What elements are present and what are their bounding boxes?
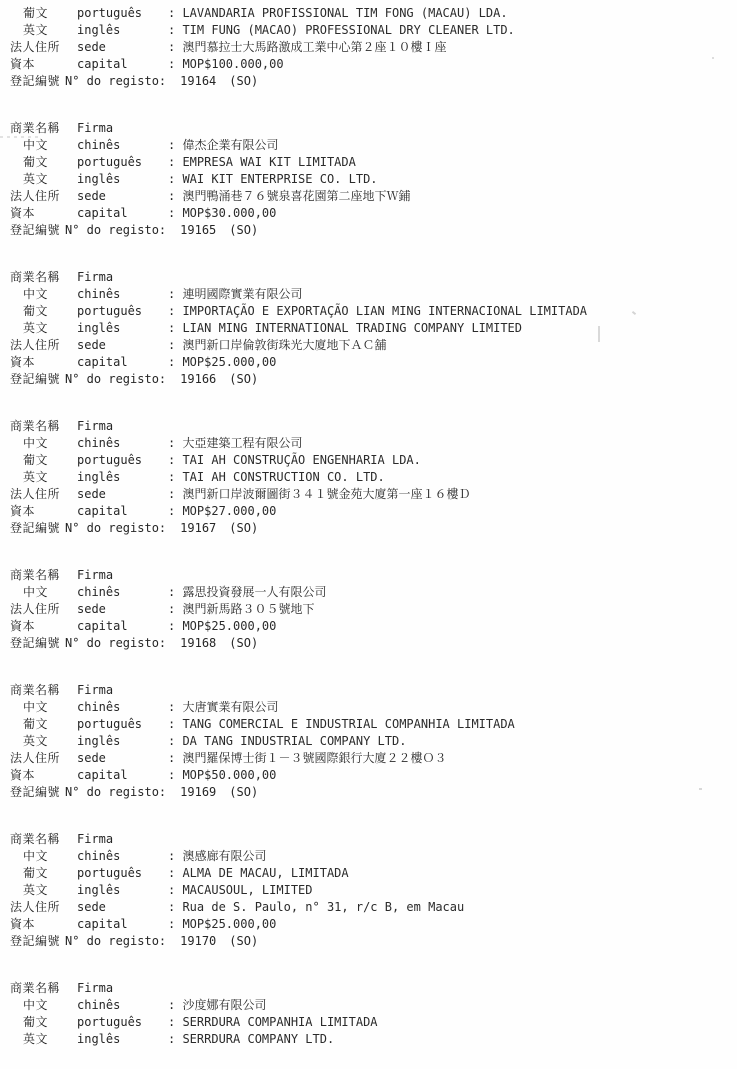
chinese-label-zh: 中文 bbox=[10, 848, 77, 865]
seat-label-zh: 法人住所 bbox=[10, 337, 77, 354]
registry-number: 19166 bbox=[180, 371, 216, 388]
colon-separator: : bbox=[168, 750, 182, 767]
seat-value: 澳門新口岸倫敦街珠光大廈地下ＡＣ舖 bbox=[182, 337, 386, 354]
row-registry-number: 登記編號N° do registo:19165(SO) bbox=[10, 222, 737, 239]
row-registry-number: 登記編號N° do registo:19164(SO) bbox=[10, 73, 737, 90]
chinese-label-pt: chinês bbox=[77, 435, 168, 452]
colon-separator: : bbox=[168, 188, 182, 205]
firm-label-zh: 商業名稱 bbox=[10, 269, 77, 286]
row-seat: 法人住所sede: 澳門新口岸波爾圖街３４１號金苑大廈第一座１６樓Ｄ bbox=[10, 486, 737, 503]
colon-separator: : bbox=[168, 286, 182, 303]
english-value: DA TANG INDUSTRIAL COMPANY LTD. bbox=[182, 733, 406, 750]
capital-value: MOP$27.000,00 bbox=[182, 503, 276, 520]
colon-separator: : bbox=[168, 39, 182, 56]
registry-qualifier: (SO) bbox=[229, 933, 258, 950]
colon-separator: : bbox=[168, 997, 182, 1014]
capital-label-zh: 資本 bbox=[10, 618, 77, 635]
portuguese-value: LAVANDARIA PROFISSIONAL TIM FONG (MACAU)… bbox=[182, 5, 507, 22]
english-label-zh: 英文 bbox=[10, 320, 77, 337]
chinese-label-zh: 中文 bbox=[10, 435, 77, 452]
seat-label-pt: sede bbox=[77, 486, 168, 503]
row-portuguese: 葡文português: LAVANDARIA PROFISSIONAL TIM… bbox=[10, 5, 737, 22]
row-firm-name: 商業名稱Firma bbox=[10, 120, 737, 137]
colon-separator: : bbox=[168, 320, 182, 337]
row-portuguese: 葡文português: ALMA DE MACAU, LIMITADA bbox=[10, 865, 737, 882]
colon-separator: : bbox=[168, 601, 182, 618]
colon-separator: : bbox=[168, 22, 182, 39]
row-seat: 法人住所sede: 澳門新口岸倫敦街珠光大廈地下ＡＣ舖 bbox=[10, 337, 737, 354]
registry-label-pt: N° do registo: bbox=[65, 933, 166, 950]
seat-label-zh: 法人住所 bbox=[10, 486, 77, 503]
registry-entry: 商業名稱Firma中文chinês: 沙度娜有限公司葡文português: S… bbox=[10, 980, 737, 1048]
colon-separator: : bbox=[168, 137, 182, 154]
registry-label-pt: N° do registo: bbox=[65, 371, 166, 388]
colon-separator: : bbox=[168, 1014, 182, 1031]
registry-gazette-page: 葡文português: LAVANDARIA PROFISSIONAL TIM… bbox=[0, 0, 737, 1069]
colon-separator: : bbox=[168, 154, 182, 171]
registry-qualifier: (SO) bbox=[229, 73, 258, 90]
english-label-pt: inglês bbox=[77, 1031, 168, 1048]
row-firm-name: 商業名稱Firma bbox=[10, 269, 737, 286]
english-label-pt: inglês bbox=[77, 469, 168, 486]
registry-number: 19168 bbox=[180, 635, 216, 652]
portuguese-label-zh: 葡文 bbox=[10, 865, 77, 882]
colon-separator: : bbox=[168, 486, 182, 503]
portuguese-label-zh: 葡文 bbox=[10, 303, 77, 320]
registry-label-pt: N° do registo: bbox=[65, 520, 166, 537]
row-registry-number: 登記編號N° do registo:19166(SO) bbox=[10, 371, 737, 388]
seat-label-zh: 法人住所 bbox=[10, 188, 77, 205]
chinese-label-pt: chinês bbox=[77, 848, 168, 865]
colon-separator: : bbox=[168, 848, 182, 865]
english-label-pt: inglês bbox=[77, 22, 168, 39]
row-portuguese: 葡文português: TANG COMERCIAL E INDUSTRIAL… bbox=[10, 716, 737, 733]
chinese-label-pt: chinês bbox=[77, 286, 168, 303]
capital-label-pt: capital bbox=[77, 767, 168, 784]
capital-label-zh: 資本 bbox=[10, 503, 77, 520]
row-firm-name: 商業名稱Firma bbox=[10, 418, 737, 435]
portuguese-label-pt: português bbox=[77, 716, 168, 733]
row-seat: 法人住所sede: 澳門新馬路３０５號地下 bbox=[10, 601, 737, 618]
row-seat: 法人住所sede: Rua de S. Paulo, n° 31, r/c B,… bbox=[10, 899, 737, 916]
row-portuguese: 葡文português: EMPRESA WAI KIT LIMITADA bbox=[10, 154, 737, 171]
row-chinese: 中文chinês: 大亞建築工程有限公司 bbox=[10, 435, 737, 452]
colon-separator: : bbox=[168, 354, 182, 371]
chinese-value: 大亞建築工程有限公司 bbox=[182, 435, 302, 452]
firm-label-pt: Firma bbox=[77, 120, 168, 137]
portuguese-value: TAI AH CONSTRUÇÃO ENGENHARIA LDA. bbox=[182, 452, 420, 469]
seat-label-pt: sede bbox=[77, 750, 168, 767]
registry-qualifier: (SO) bbox=[229, 371, 258, 388]
chinese-label-pt: chinês bbox=[77, 584, 168, 601]
firm-label-zh: 商業名稱 bbox=[10, 682, 77, 699]
row-portuguese: 葡文português: TAI AH CONSTRUÇÃO ENGENHARI… bbox=[10, 452, 737, 469]
row-seat: 法人住所sede: 澳門鴨涌巷７６號泉喜花園第二座地下Ｗ鋪 bbox=[10, 188, 737, 205]
colon-separator: : bbox=[168, 205, 182, 222]
chinese-value: 大唐實業有限公司 bbox=[182, 699, 278, 716]
registry-qualifier: (SO) bbox=[229, 222, 258, 239]
registry-label-zh: 登記編號 bbox=[10, 784, 65, 801]
row-firm-name: 商業名稱Firma bbox=[10, 831, 737, 848]
registry-label-zh: 登記編號 bbox=[10, 635, 65, 652]
row-registry-number: 登記編號N° do registo:19170(SO) bbox=[10, 933, 737, 950]
row-chinese: 中文chinês: 澳感廊有限公司 bbox=[10, 848, 737, 865]
registry-entry: 商業名稱Firma中文chinês: 連明國際實業有限公司葡文português… bbox=[10, 269, 737, 388]
registry-label-pt: N° do registo: bbox=[65, 784, 166, 801]
registry-label-zh: 登記編號 bbox=[10, 520, 65, 537]
firm-label-pt: Firma bbox=[77, 567, 168, 584]
english-label-zh: 英文 bbox=[10, 733, 77, 750]
portuguese-label-zh: 葡文 bbox=[10, 5, 77, 22]
capital-value: MOP$25.000,00 bbox=[182, 618, 276, 635]
seat-label-zh: 法人住所 bbox=[10, 899, 77, 916]
registry-entry: 商業名稱Firma中文chinês: 澳感廊有限公司葡文português: A… bbox=[10, 831, 737, 950]
chinese-label-zh: 中文 bbox=[10, 699, 77, 716]
portuguese-label-zh: 葡文 bbox=[10, 716, 77, 733]
capital-value: MOP$25.000,00 bbox=[182, 354, 276, 371]
row-portuguese: 葡文português: SERRDURA COMPANHIA LIMITADA bbox=[10, 1014, 737, 1031]
row-capital: 資本capital: MOP$50.000,00 bbox=[10, 767, 737, 784]
row-firm-name: 商業名稱Firma bbox=[10, 980, 737, 997]
capital-label-pt: capital bbox=[77, 205, 168, 222]
registry-entry: 商業名稱Firma中文chinês: 露思投資發展一人有限公司法人住所sede:… bbox=[10, 567, 737, 652]
registry-number: 19170 bbox=[180, 933, 216, 950]
capital-value: MOP$25.000,00 bbox=[182, 916, 276, 933]
colon-separator: : bbox=[168, 882, 182, 899]
seat-label-zh: 法人住所 bbox=[10, 750, 77, 767]
colon-separator: : bbox=[168, 767, 182, 784]
row-english: 英文inglês: TAI AH CONSTRUCTION CO. LTD. bbox=[10, 469, 737, 486]
colon-separator: : bbox=[168, 865, 182, 882]
registry-label-pt: N° do registo: bbox=[65, 635, 166, 652]
registry-qualifier: (SO) bbox=[229, 784, 258, 801]
registry-number: 19165 bbox=[180, 222, 216, 239]
row-chinese: 中文chinês: 偉杰企業有限公司 bbox=[10, 137, 737, 154]
colon-separator: : bbox=[168, 469, 182, 486]
portuguese-label-zh: 葡文 bbox=[10, 154, 77, 171]
row-chinese: 中文chinês: 沙度娜有限公司 bbox=[10, 997, 737, 1014]
colon-separator: : bbox=[168, 435, 182, 452]
colon-separator: : bbox=[168, 733, 182, 750]
row-seat: 法人住所sede: 澳門羅保博士街１－３號國際銀行大廈２２樓Ｏ３ bbox=[10, 750, 737, 767]
row-english: 英文inglês: WAI KIT ENTERPRISE CO. LTD. bbox=[10, 171, 737, 188]
colon-separator: : bbox=[168, 452, 182, 469]
chinese-label-pt: chinês bbox=[77, 137, 168, 154]
portuguese-label-pt: português bbox=[77, 452, 168, 469]
row-capital: 資本capital: MOP$25.000,00 bbox=[10, 916, 737, 933]
seat-value: 澳門新口岸波爾圖街３４１號金苑大廈第一座１６樓Ｄ bbox=[182, 486, 470, 503]
seat-value: 澳門慕拉士大馬路激成工業中心第２座１０樓Ｉ座 bbox=[182, 39, 446, 56]
capital-label-pt: capital bbox=[77, 916, 168, 933]
row-portuguese: 葡文português: IMPORTAÇÃO E EXPORTAÇÃO LIA… bbox=[10, 303, 737, 320]
registry-entry: 葡文português: LAVANDARIA PROFISSIONAL TIM… bbox=[10, 5, 737, 90]
firm-label-pt: Firma bbox=[77, 269, 168, 286]
row-firm-name: 商業名稱Firma bbox=[10, 682, 737, 699]
row-english: 英文inglês: DA TANG INDUSTRIAL COMPANY LTD… bbox=[10, 733, 737, 750]
row-chinese: 中文chinês: 大唐實業有限公司 bbox=[10, 699, 737, 716]
english-value: MACAUSOUL, LIMITED bbox=[182, 882, 312, 899]
seat-label-pt: sede bbox=[77, 601, 168, 618]
english-value: SERRDURA COMPANY LTD. bbox=[182, 1031, 334, 1048]
capital-label-zh: 資本 bbox=[10, 205, 77, 222]
registry-qualifier: (SO) bbox=[229, 635, 258, 652]
capital-label-zh: 資本 bbox=[10, 916, 77, 933]
portuguese-label-pt: português bbox=[77, 1014, 168, 1031]
registry-entry-list: 葡文português: LAVANDARIA PROFISSIONAL TIM… bbox=[10, 5, 737, 1048]
seat-value: 澳門羅保博士街１－３號國際銀行大廈２２樓Ｏ３ bbox=[182, 750, 446, 767]
row-capital: 資本capital: MOP$25.000,00 bbox=[10, 354, 737, 371]
firm-label-zh: 商業名稱 bbox=[10, 567, 77, 584]
registry-entry: 商業名稱Firma中文chinês: 大唐實業有限公司葡文português: … bbox=[10, 682, 737, 801]
chinese-value: 沙度娜有限公司 bbox=[182, 997, 266, 1014]
row-registry-number: 登記編號N° do registo:19169(SO) bbox=[10, 784, 737, 801]
portuguese-value: IMPORTAÇÃO E EXPORTAÇÃO LIAN MING INTERN… bbox=[182, 303, 587, 320]
colon-separator: : bbox=[168, 337, 182, 354]
capital-label-pt: capital bbox=[77, 503, 168, 520]
registry-number: 19167 bbox=[180, 520, 216, 537]
row-capital: 資本capital: MOP$25.000,00 bbox=[10, 618, 737, 635]
portuguese-label-pt: português bbox=[77, 303, 168, 320]
portuguese-label-pt: português bbox=[77, 154, 168, 171]
colon-separator: : bbox=[168, 5, 182, 22]
capital-label-pt: capital bbox=[77, 56, 168, 73]
chinese-label-zh: 中文 bbox=[10, 997, 77, 1014]
english-label-zh: 英文 bbox=[10, 1031, 77, 1048]
firm-label-pt: Firma bbox=[77, 682, 168, 699]
row-registry-number: 登記編號N° do registo:19168(SO) bbox=[10, 635, 737, 652]
seat-label-pt: sede bbox=[77, 39, 168, 56]
english-value: TIM FUNG (MACAO) PROFESSIONAL DRY CLEANE… bbox=[182, 22, 514, 39]
chinese-label-zh: 中文 bbox=[10, 584, 77, 601]
capital-value: MOP$30.000,00 bbox=[182, 205, 276, 222]
row-english: 英文inglês: MACAUSOUL, LIMITED bbox=[10, 882, 737, 899]
chinese-value: 連明國際實業有限公司 bbox=[182, 286, 302, 303]
row-chinese: 中文chinês: 露思投資發展一人有限公司 bbox=[10, 584, 737, 601]
colon-separator: : bbox=[168, 1031, 182, 1048]
row-english: 英文inglês: TIM FUNG (MACAO) PROFESSIONAL … bbox=[10, 22, 737, 39]
capital-value: MOP$50.000,00 bbox=[182, 767, 276, 784]
seat-label-zh: 法人住所 bbox=[10, 601, 77, 618]
chinese-label-pt: chinês bbox=[77, 699, 168, 716]
colon-separator: : bbox=[168, 56, 182, 73]
english-label-pt: inglês bbox=[77, 320, 168, 337]
colon-separator: : bbox=[168, 699, 182, 716]
colon-separator: : bbox=[168, 303, 182, 320]
capital-label-zh: 資本 bbox=[10, 354, 77, 371]
firm-label-zh: 商業名稱 bbox=[10, 418, 77, 435]
chinese-label-pt: chinês bbox=[77, 997, 168, 1014]
seat-label-zh: 法人住所 bbox=[10, 39, 77, 56]
registry-label-zh: 登記編號 bbox=[10, 371, 65, 388]
row-chinese: 中文chinês: 連明國際實業有限公司 bbox=[10, 286, 737, 303]
portuguese-value: ALMA DE MACAU, LIMITADA bbox=[182, 865, 348, 882]
english-value: LIAN MING INTERNATIONAL TRADING COMPANY … bbox=[182, 320, 522, 337]
capital-label-pt: capital bbox=[77, 618, 168, 635]
portuguese-value: SERRDURA COMPANHIA LIMITADA bbox=[182, 1014, 377, 1031]
portuguese-label-pt: português bbox=[77, 865, 168, 882]
english-label-pt: inglês bbox=[77, 171, 168, 188]
firm-label-zh: 商業名稱 bbox=[10, 120, 77, 137]
row-seat: 法人住所sede: 澳門慕拉士大馬路激成工業中心第２座１０樓Ｉ座 bbox=[10, 39, 737, 56]
registry-qualifier: (SO) bbox=[229, 520, 258, 537]
firm-label-pt: Firma bbox=[77, 980, 168, 997]
registry-label-pt: N° do registo: bbox=[65, 222, 166, 239]
english-label-pt: inglês bbox=[77, 882, 168, 899]
row-registry-number: 登記編號N° do registo:19167(SO) bbox=[10, 520, 737, 537]
registry-label-zh: 登記編號 bbox=[10, 222, 65, 239]
row-english: 英文inglês: LIAN MING INTERNATIONAL TRADIN… bbox=[10, 320, 737, 337]
row-capital: 資本capital: MOP$30.000,00 bbox=[10, 205, 737, 222]
row-firm-name: 商業名稱Firma bbox=[10, 567, 737, 584]
colon-separator: : bbox=[168, 503, 182, 520]
seat-label-pt: sede bbox=[77, 899, 168, 916]
chinese-value: 偉杰企業有限公司 bbox=[182, 137, 278, 154]
firm-label-pt: Firma bbox=[77, 418, 168, 435]
english-label-zh: 英文 bbox=[10, 22, 77, 39]
firm-label-zh: 商業名稱 bbox=[10, 831, 77, 848]
portuguese-label-zh: 葡文 bbox=[10, 1014, 77, 1031]
english-label-zh: 英文 bbox=[10, 469, 77, 486]
row-english: 英文inglês: SERRDURA COMPANY LTD. bbox=[10, 1031, 737, 1048]
firm-label-zh: 商業名稱 bbox=[10, 980, 77, 997]
seat-value: Rua de S. Paulo, n° 31, r/c B, em Macau bbox=[182, 899, 464, 916]
colon-separator: : bbox=[168, 716, 182, 733]
chinese-value: 露思投資發展一人有限公司 bbox=[182, 584, 326, 601]
chinese-value: 澳感廊有限公司 bbox=[182, 848, 266, 865]
registry-number: 19164 bbox=[180, 73, 216, 90]
colon-separator: : bbox=[168, 916, 182, 933]
registry-label-zh: 登記編號 bbox=[10, 933, 65, 950]
registry-entry: 商業名稱Firma中文chinês: 大亞建築工程有限公司葡文português… bbox=[10, 418, 737, 537]
registry-entry: 商業名稱Firma中文chinês: 偉杰企業有限公司葡文português: … bbox=[10, 120, 737, 239]
registry-number: 19169 bbox=[180, 784, 216, 801]
portuguese-value: TANG COMERCIAL E INDUSTRIAL COMPANHIA LI… bbox=[182, 716, 514, 733]
row-capital: 資本capital: MOP$100.000,00 bbox=[10, 56, 737, 73]
capital-label-pt: capital bbox=[77, 354, 168, 371]
registry-label-zh: 登記編號 bbox=[10, 73, 65, 90]
english-value: WAI KIT ENTERPRISE CO. LTD. bbox=[182, 171, 377, 188]
firm-label-pt: Firma bbox=[77, 831, 168, 848]
portuguese-label-pt: português bbox=[77, 5, 168, 22]
portuguese-label-zh: 葡文 bbox=[10, 452, 77, 469]
english-label-zh: 英文 bbox=[10, 171, 77, 188]
english-label-zh: 英文 bbox=[10, 882, 77, 899]
english-value: TAI AH CONSTRUCTION CO. LTD. bbox=[182, 469, 384, 486]
capital-label-zh: 資本 bbox=[10, 56, 77, 73]
chinese-label-zh: 中文 bbox=[10, 286, 77, 303]
portuguese-value: EMPRESA WAI KIT LIMITADA bbox=[182, 154, 355, 171]
capital-value: MOP$100.000,00 bbox=[182, 56, 283, 73]
capital-label-zh: 資本 bbox=[10, 767, 77, 784]
row-capital: 資本capital: MOP$27.000,00 bbox=[10, 503, 737, 520]
colon-separator: : bbox=[168, 584, 182, 601]
seat-value: 澳門新馬路３０５號地下 bbox=[182, 601, 314, 618]
registry-label-pt: N° do registo: bbox=[65, 73, 166, 90]
seat-value: 澳門鴨涌巷７６號泉喜花園第二座地下Ｗ鋪 bbox=[182, 188, 410, 205]
colon-separator: : bbox=[168, 618, 182, 635]
english-label-pt: inglês bbox=[77, 733, 168, 750]
seat-label-pt: sede bbox=[77, 188, 168, 205]
seat-label-pt: sede bbox=[77, 337, 168, 354]
colon-separator: : bbox=[168, 899, 182, 916]
colon-separator: : bbox=[168, 171, 182, 188]
chinese-label-zh: 中文 bbox=[10, 137, 77, 154]
